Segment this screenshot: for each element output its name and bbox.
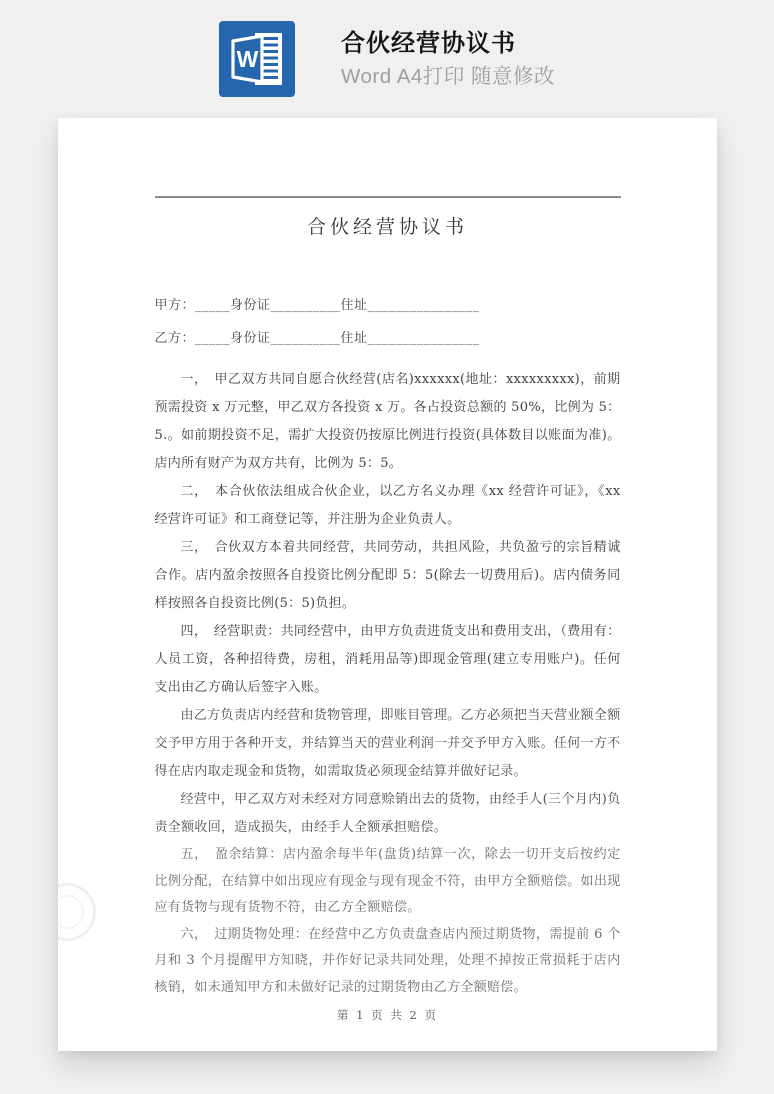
paragraph-4: 四， 经营职责：共同经营中，由甲方负责进货支出和费用支出，（费用有：人员工资，各… [155, 618, 621, 702]
paragraph-6: 经营中，甲乙双方对未经对方同意赊销出去的货物，由经手人(三个月内)负责全额收回，… [155, 786, 621, 842]
paragraph-3: 三， 合伙双方本着共同经营，共同劳动，共担风险，共负盈亏的宗旨精诚合作。店内盈余… [155, 534, 621, 618]
party-a-line: 甲方：_____身份证__________住址________________ [155, 296, 621, 316]
word-icon-letter: W [237, 46, 259, 72]
header-text: 合伙经营协议书 Word A4打印 随意修改 [341, 30, 555, 89]
paragraph-7: 五， 盈余结算：店内盈余每半年(盘货)结算一次，除去一切开支后按约定比例分配，在… [155, 842, 621, 922]
page-number: 第 1 页 共 2 页 [155, 1007, 621, 1023]
paragraph-1: 一， 甲乙双方共同自愿合伙经营(店名)xxxxxx(地址：xxxxxxxxx)，… [155, 366, 621, 478]
page-subtitle: Word A4打印 随意修改 [341, 65, 555, 89]
title-rule [155, 196, 621, 198]
paragraph-2: 二， 本合伙依法组成合伙企业，以乙方名义办理《xx 经营许可证》，《xx 经营许… [155, 478, 621, 534]
paragraph-5: 由乙方负责店内经营和货物管理，即账目管理。乙方必须把当天营业额全额交予甲方用于各… [155, 702, 621, 786]
watermark-icon [58, 875, 104, 949]
word-file-icon: W [219, 21, 295, 97]
page-title: 合伙经营协议书 [341, 30, 555, 58]
document-body: 一， 甲乙双方共同自愿合伙经营(店名)xxxxxx(地址：xxxxxxxxx)，… [155, 366, 621, 1001]
document-page: 合伙经营协议书 甲方：_____身份证__________住址_________… [58, 118, 717, 1051]
party-b-line: 乙方：_____身份证__________住址________________ [155, 329, 621, 349]
header: W 合伙经营协议书 Word A4打印 随意修改 [0, 0, 774, 118]
paragraph-8: 六， 过期货物处理：在经营中乙方负责盘查店内预过期货物，需提前 6 个月和 3 … [155, 922, 621, 1002]
document-title: 合伙经营协议书 [155, 213, 621, 241]
